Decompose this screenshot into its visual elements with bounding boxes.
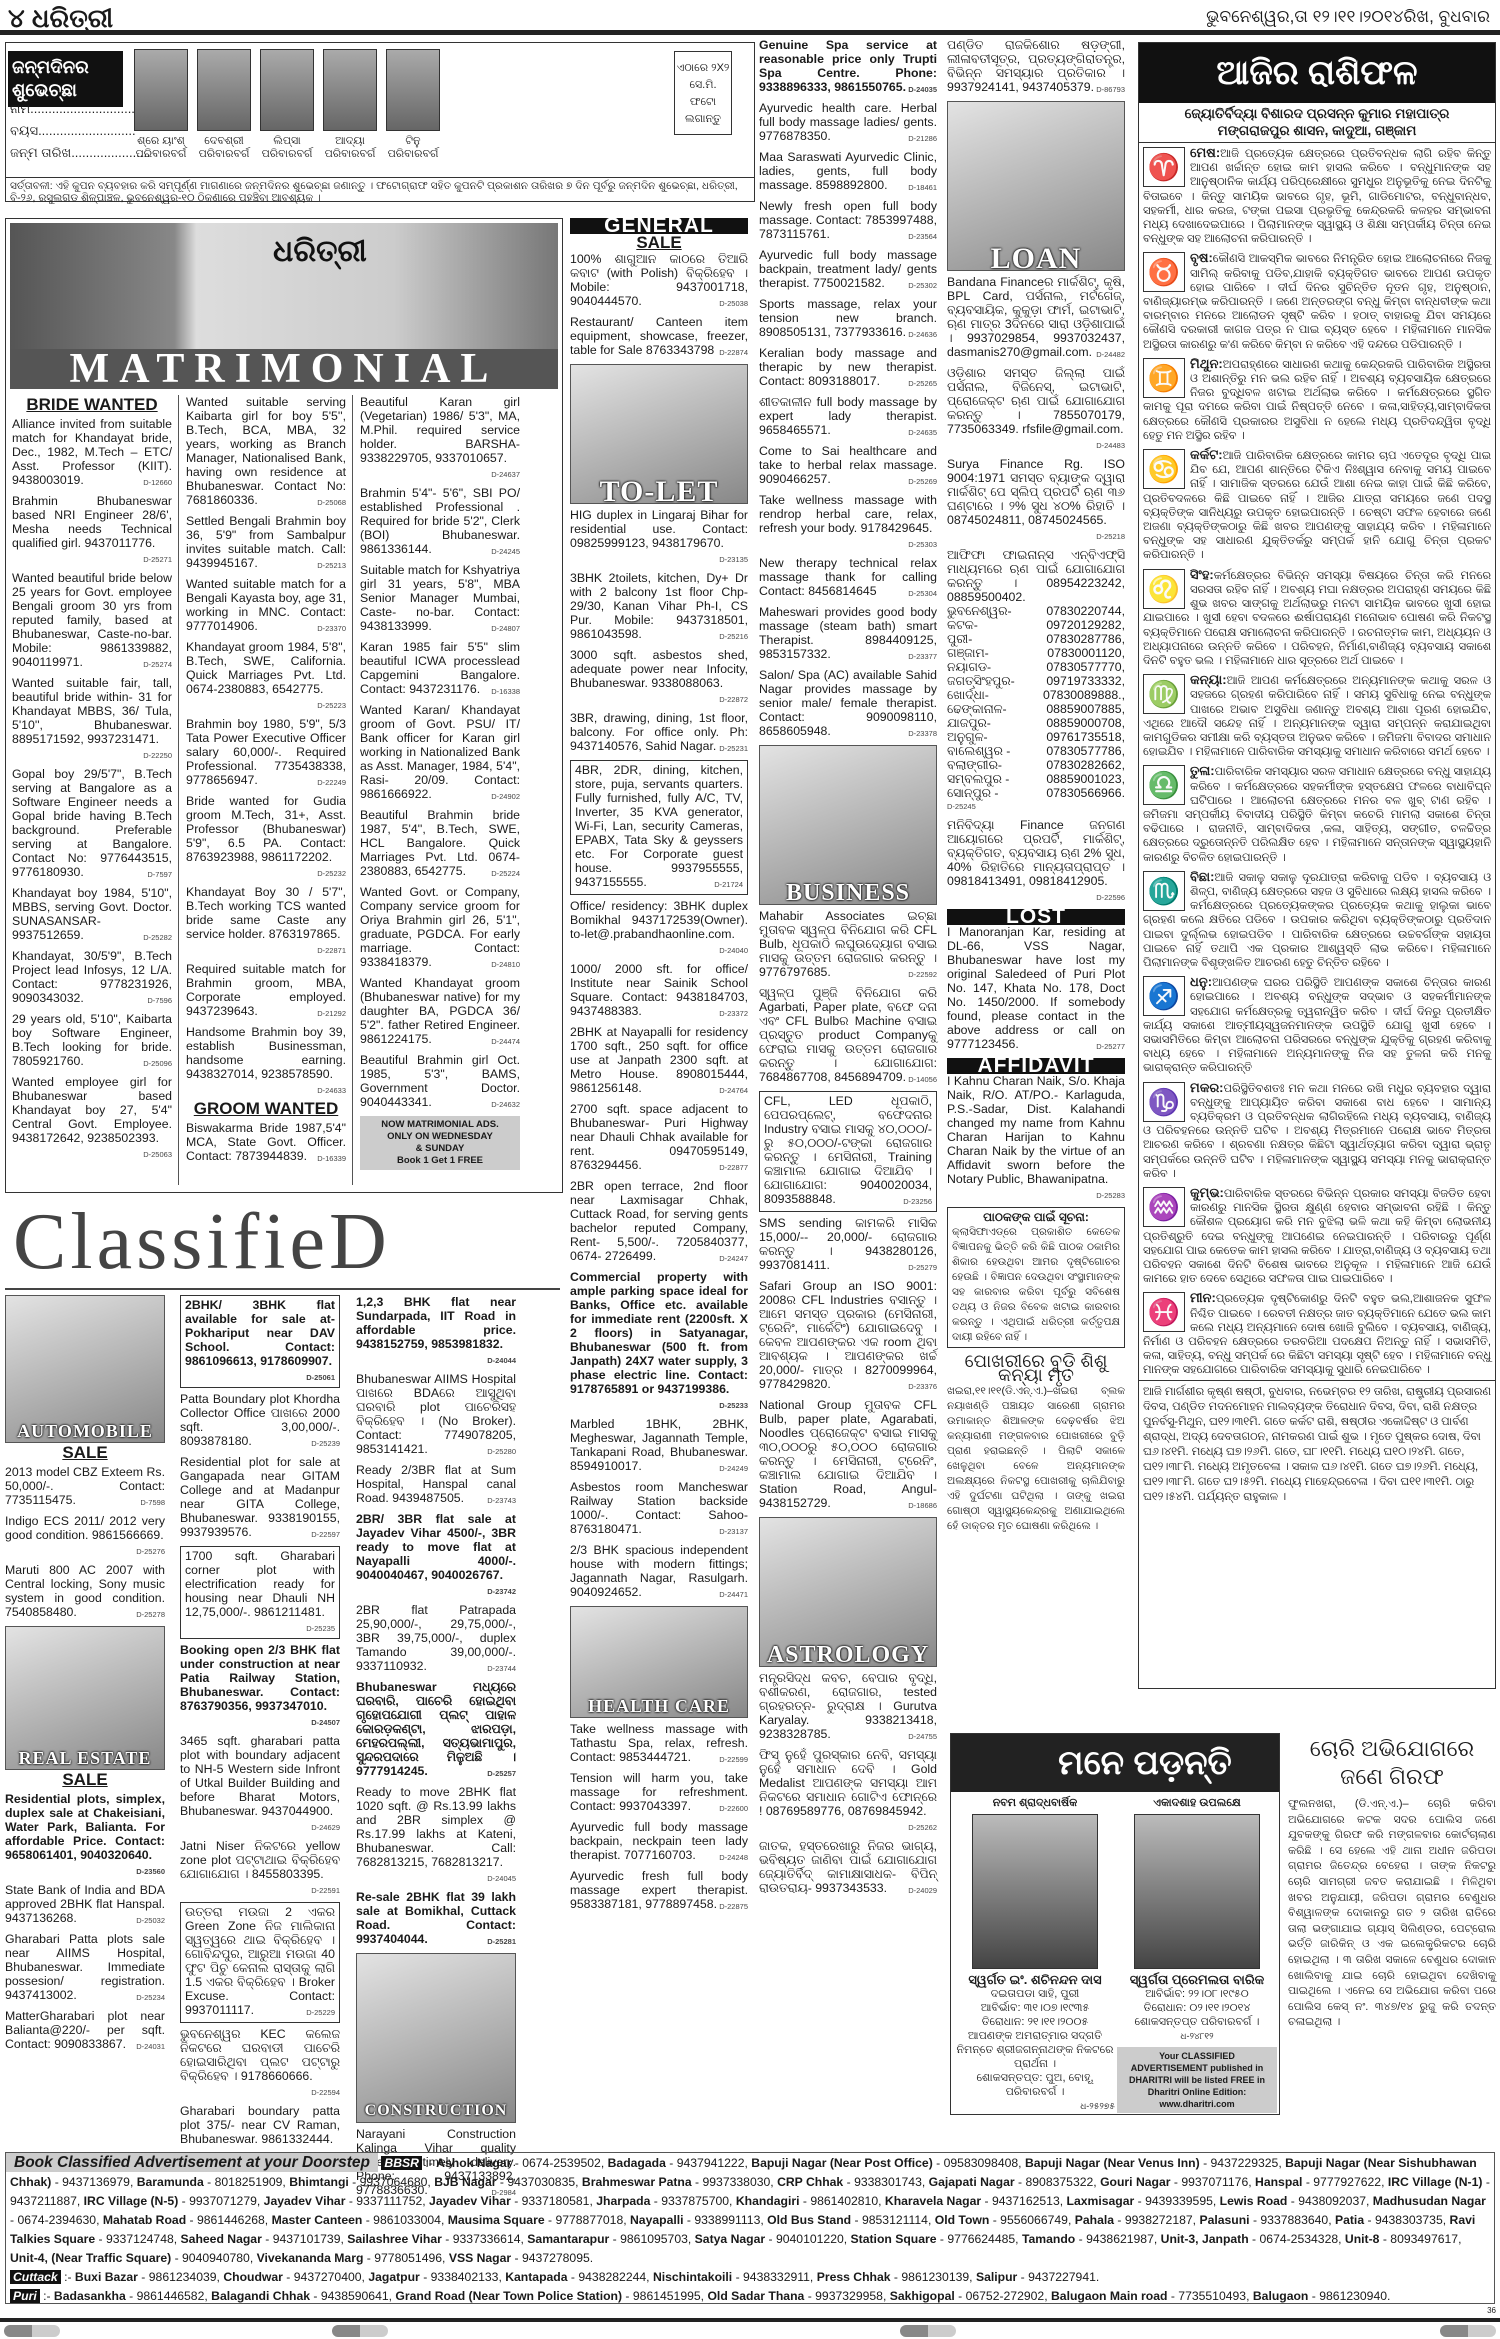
automobile-realestate-column: AUTOMOBILE SALE 2013 model CBZ Exteem Rs… <box>5 1295 165 2058</box>
dharitri-logo: ଧରିତ୍ରୀ <box>273 233 367 271</box>
zodiac-icon: ♓ <box>1143 1292 1185 1332</box>
automobile-sale-heading: SALE <box>5 1446 165 1460</box>
classified-ad: 3000 sqft. asbestos shed, adequate power… <box>570 648 748 707</box>
classified-ad: National Group ମୁତାବକ CFL Bulb, paper pl… <box>759 1398 937 1513</box>
zodiac-entry: ♊ମିଥୁନ:ଅପରାହ୍ଣରେ ସାଧାରଣ କଥାକୁ କେନ୍ଦ୍ରକରି… <box>1139 354 1495 445</box>
loan-banner-image: LOAN <box>947 101 1125 271</box>
booking-entry: Old Bus Stand - 9853121114, <box>767 2213 935 2227</box>
ad-code: D-25235 <box>306 1622 335 1636</box>
district-contact: ବଲାଙ୍ଗୀର-07830282662, <box>947 758 1125 772</box>
ad-code: D-25281 <box>487 1935 516 1949</box>
classified-ad: ମନ୍ତ୍ରସିଦ୍ଧ କବଚ, ବେପାର ବୃଦ୍ଧି, ବଶୀକରଣ, ର… <box>759 1671 937 1744</box>
ad-code: D-22877 <box>719 1161 748 1175</box>
classified-ad: Indigo ECS 2011/ 2012 very good conditio… <box>5 1514 165 1559</box>
classified-ad: Newly fresh open full body massage. Cont… <box>759 199 937 244</box>
general-tolet-column: GENERAL SALE 100% ଶାଗୁଆନ କାଠରେ ତିଆରି କବା… <box>570 218 748 1918</box>
registration-mark <box>332 2325 388 2337</box>
matrimonial-col-1: BRIDE WANTED Alliance invited from suita… <box>12 395 172 1166</box>
classified-ad: Ayurvedic full body massage backpain, ne… <box>570 1820 748 1865</box>
ad-code: D-24764 <box>719 1084 748 1098</box>
construction-banner-image: CONSTRUCTION <box>356 1953 516 2123</box>
health-care-banner-image: HEALTH CARE <box>570 1606 748 1718</box>
matrimonial-notice: NOW MATRIMONIAL ADS.ONLY ON WEDNESDAY& S… <box>360 1116 520 1170</box>
matrimonial-section: ଧରିତ୍ରୀ MATRIMONIAL BRIDE WANTED Allianc… <box>5 218 563 1193</box>
ad-code: D-24482 <box>1096 348 1125 362</box>
ad-code: D-7597 <box>147 868 172 882</box>
sale-subheading: SALE <box>570 236 748 250</box>
ad-code: D-24755 <box>908 1730 937 1744</box>
classified-ad: ଫିସ୍ ନୁହେଁ ପୁରସ୍କାର ନେବି, ସମସ୍ୟା ନୁହେଁ ସ… <box>759 1748 937 1835</box>
ad-code: D-23560 <box>136 1865 165 1879</box>
ad-code: D-23256 <box>903 1195 932 1209</box>
booking-entry: Station Square - 9776624485, <box>851 2232 1022 2246</box>
real-estate-banner-image: REAL ESTATE <box>5 1626 165 1770</box>
district-contact: ସମ୍ବଲପୁର -08859001023, <box>947 772 1125 786</box>
booking-entry: Gouri Nagar - 9937071176, <box>1100 2175 1255 2189</box>
classified-ad: Bandana Financeର ମାର୍କଶିଟ୍, କୃଷି, BPL Ca… <box>947 275 1125 362</box>
ad-code: D-25304 <box>908 587 937 601</box>
ad-code: D-24637 <box>491 468 520 482</box>
district-contact: ଭୁବନେଶ୍ୱର-07830220744, <box>947 604 1125 618</box>
region-tag: Puri <box>10 2289 40 2303</box>
booking-entry: Mausima Square - 9778877018, <box>448 2213 630 2227</box>
booking-entry: Jayadev Vihar - 9337180581, <box>429 2194 596 2208</box>
ad-code: D-24247 <box>719 1252 748 1266</box>
bride-wanted-heading: BRIDE WANTED <box>12 398 172 412</box>
online-edition-notice: Your CLASSIFIED ADVERTISEMENT published … <box>1117 2047 1277 2113</box>
ad-code: D-22250 <box>143 749 172 763</box>
ad-code: D-24632 <box>491 1098 520 1112</box>
zodiac-icon: ♏ <box>1143 871 1185 911</box>
ad-code: D-25274 <box>143 658 172 672</box>
ad-code: D-24471 <box>719 1588 748 1602</box>
classified-ad: Asbestos room Mancheswar Railway Station… <box>570 1480 748 1539</box>
classified-ad: Maheswari provides good body massage (st… <box>759 605 937 664</box>
booking-entry: Satya Nagar - 9040101220, <box>695 2232 851 2246</box>
booking-entry: Mahatab Road - 9861446268, <box>103 2213 272 2227</box>
ad-code: D-25218 <box>1096 530 1125 544</box>
classified-ad: Bhubaneswar AIIMS Hospital ପାଖରେ BDAରେ ଆ… <box>356 1372 516 1459</box>
booking-entry: Hanspal - 9777927622, <box>1255 2175 1388 2189</box>
classified-ad: 3BHK 2toilets, kitchen, Dy+ Dr with 2 ba… <box>570 571 748 644</box>
ad-code: D-24629 <box>311 1821 340 1835</box>
ad-code: D-25269 <box>908 475 937 489</box>
zodiac-entry: ♐ଧନୁ:ଆପଣଙ୍କ ଘରର ପରିସ୍ଥିତି ଆପଣଙ୍କ ସକାଶେ ଚ… <box>1139 972 1495 1077</box>
ad-code: D-25096 <box>143 1057 172 1071</box>
booking-entry: Saheed Nagar - 9437101739, <box>181 2232 348 2246</box>
matrimonial-col-3: Beautiful Karan girl (Vegetarian) 1986/ … <box>360 395 520 1170</box>
ad-code: D-22591 <box>311 1884 340 1898</box>
classified-ad: Surya Finance Rg. ISO 9004:1971 ସମସ୍ତ ବ୍… <box>947 457 1125 544</box>
ad-code: D-25279 <box>908 1261 937 1275</box>
booking-entry: Vivekananda Marg - 9778051496, <box>257 2251 449 2265</box>
booking-entry: Master Canteen - 9861033004, <box>272 2213 448 2227</box>
classified-ad: 2BHK at Nayapalli for residency 1700 sqf… <box>570 1025 748 1098</box>
classified-ad: Khandayat, 30/5'9", B.Tech Project lead … <box>12 949 172 1008</box>
sheet-number: 36 <box>1487 2306 1496 2316</box>
ad-code: D-24248 <box>719 1851 748 1865</box>
ad-code: D-22249 <box>317 776 346 790</box>
astrologer-credit: ଜ୍ୟୋତିର୍ବିଦ୍ୟା ବିଶାରଦ ପ୍ରସନ୍ନ କୁମାର ମହାପ… <box>1139 103 1495 143</box>
classified-ad: Take wellness massage with rendrop herba… <box>759 493 937 552</box>
classified-ad: 1000/ 2000 sft. for office/ Institute ne… <box>570 962 748 1021</box>
affidavit-heading: AFFIDAVIT <box>947 1058 1125 1074</box>
classified-ad: 1700 sqft. Gharabari corner plot with el… <box>180 1546 340 1639</box>
classified-ad: ସ୍ୱଳ୍ପ ପୁଞ୍ଜି ବିନିଯୋଗ କରି Agarbati, Pape… <box>759 986 937 1087</box>
booking-entry: Nayapalli - 9338991113, <box>630 2213 767 2227</box>
registration-mark <box>1440 2325 1496 2337</box>
ad-code: D-24507 <box>311 1716 340 1730</box>
classified-ad: Ayurvedic fresh full body massage expert… <box>570 1869 748 1914</box>
classified-ad: 2013 model CBZ Exteem Rs. 50,000/-. Cont… <box>5 1465 165 1510</box>
ad-code: D-22874 <box>719 346 748 360</box>
ad-code: D-24474 <box>491 1035 520 1049</box>
ad-code: D-23378 <box>908 727 937 741</box>
ad-code: D-23742 <box>487 1585 516 1599</box>
booking-entry: Badasankha - 9861446582, <box>54 2289 211 2303</box>
ad-code: D-12660 <box>143 476 172 490</box>
ad-code: D-18461 <box>908 181 937 195</box>
classified-ad: Jatni Niser ନିକଟରେ yellow zone plot ପଟ୍ଟ… <box>180 1839 340 1898</box>
zodiac-icon: ♍ <box>1143 674 1185 714</box>
district-contact: ଅନୁଗୁଳ-09761735518, <box>947 730 1125 744</box>
classified-ad: CFL, LED ଧୂପକାଠି, ପେପରପ୍ଲେଟ୍, ବଫେଦନାର In… <box>759 1091 937 1212</box>
booking-entry: Sailashree Vihar - 9337336614, <box>347 2232 527 2246</box>
ad-code: D-22592 <box>908 968 937 982</box>
zodiac-entry: ♑ମକର:ପରିସ୍ଥିତିବଶତଃ ମନ କଥା ମନରେ ରଖି ମଧୁର … <box>1139 1078 1495 1183</box>
zodiac-entry: ♎ତୁଳା:ପାରିବାରିକ ସମସ୍ୟାର ସରଳ ସମାଧାନ କ୍ଷେତ… <box>1139 761 1495 866</box>
obituary-right: ଏକାଦଶାହ ଉପଲକ୍ଷେ ସ୍ୱର୍ଗତା ପ୍ରେମଲତା ବାରିକ … <box>1117 1796 1277 2113</box>
reader-notice: ପାଠକଙ୍କ ପାଇଁ ସୂଚନା: କ୍ଲାସିଫାଏଡ୍‌ରେ ପ୍ରକା… <box>947 1207 1125 1348</box>
booking-entry: Kantapada - 9438282244, <box>505 2270 653 2284</box>
region-tag: Cuttack <box>10 2270 61 2284</box>
ad-code: D-24483 <box>1096 439 1125 453</box>
classified-ad: 2BHK/ 3BHK flat available for sale at-Po… <box>180 1295 340 1388</box>
ad-code: D-25262 <box>908 1821 937 1835</box>
ad-code: D-25257 <box>487 1767 516 1781</box>
zodiac-entry: ♉ବୃଷ:କୌଣସି ଆକସ୍ମିକ ଭାବରେ ନିମନ୍ତ୍ରିତ ହୋଇ … <box>1139 248 1495 353</box>
ad-code: D-24045 <box>487 1872 516 1886</box>
ad-code: D-24031 <box>136 2040 165 2054</box>
ad-code: D-25232 <box>317 867 346 881</box>
classified-ad: Mahabir Associates ଇଚ୍ଛା ମୁତାବକ ସ୍ୱଳ୍ପ ବ… <box>759 909 937 982</box>
classified-ad: Handsome Brahmin boy 39, establish Busin… <box>186 1025 346 1098</box>
district-contact: ସୋନ୍‌ପୁର -07830566966. <box>947 786 1125 800</box>
booking-entry: Salipur - 9437227941. <box>976 2270 1099 2284</box>
classified-ad: Ready 2/3BR flat at Sum Hospital, Hanspa… <box>356 1463 516 1508</box>
district-contact: ଢେଙ୍କାନାଳ-08859007885, <box>947 702 1125 716</box>
district-contact: ନୟାଗଡ-07830577770, <box>947 660 1125 674</box>
obituary-left: ନବମ ଶ୍ରାଦ୍ଧବାର୍ଷିକ ସ୍ୱର୍ଗତ ଇଂ. ଶଚିନନ୍ଦନ … <box>955 1796 1115 2113</box>
ad-code: D-22594 <box>311 2086 340 2100</box>
ad-code: D-24044 <box>487 1354 516 1368</box>
birthday-coupon: ଜନ୍ମଦିନର ଶୁଭେଚ୍ଛା ନାମ...................… <box>5 42 755 202</box>
classified-ad: Maruti 800 AC 2007 with Central locking,… <box>5 1563 165 1622</box>
classified-ad: Re-sale 2BHK flat 39 lakh sale at Bomikh… <box>356 1890 516 1949</box>
birthday-terms: ସର୍ତ୍ତାବଳୀ: ଏହି କୁପନ ବ୍ୟବହାର କରି ସମ୍ପୂର୍… <box>6 177 754 206</box>
ad-code: D-22871 <box>317 944 346 958</box>
theft-headline: ଚୋରି ଅଭିଯୋଗରେ ଜଣେ ଗିରଫ <box>1288 1735 1496 1791</box>
classified-ad: ମନିବିଦ୍ୟା Finance ଜନଗଣ ଆୟୋଗରେ ପ୍ରପର୍ଟି, … <box>947 818 1125 905</box>
zodiac-icon: ♊ <box>1143 358 1185 398</box>
spa-business-column: Genuine Spa service at reasonable price … <box>759 38 937 1902</box>
classified-ad: Salon/ Spa (AC) available Sahid Nagar pr… <box>759 668 937 741</box>
ad-code: D-23564 <box>908 230 937 244</box>
ad-code: D-24807 <box>491 622 520 636</box>
ad-code: D-23377 <box>908 650 937 664</box>
header-rule <box>0 30 1500 35</box>
ad-code: D-23744 <box>487 1662 516 1676</box>
classified-ad: Marbled 1BHK, 2BHK, Megheswar, Jagannath… <box>570 1417 748 1476</box>
classified-ad: Beautiful Brahmin girl Oct. 1985, 5'3", … <box>360 1053 520 1112</box>
classified-ad: Restaurant/ Canteen item equipment, show… <box>570 315 748 360</box>
booking-entry: Old Sadar Thana - 9937329958, <box>707 2289 889 2303</box>
classified-ad: Residential plot for sale at Gangapada n… <box>180 1455 340 1542</box>
ad-code: D-25303 <box>908 538 937 552</box>
booking-entry: Balugaon Main road - 7735510493, <box>1051 2289 1253 2303</box>
classified-ad: Required suitable match for Brahmin groo… <box>186 962 346 1021</box>
ad-code: D-25282 <box>143 931 172 945</box>
classified-ad: Tension will harm you, take massage for … <box>570 1771 748 1816</box>
booking-entry: Bapuji Nagar (Near Venus Inn) - 94372293… <box>1025 2156 1285 2170</box>
classified-ad: ଶୀତକାଳୀନ full body massage by expert lad… <box>759 395 937 440</box>
zodiac-entry: ♍କନ୍ୟା:ଆଜି ଆପଣ କର୍ମକ୍ଷେତ୍ରରେ ଅନ୍ୟମାନଙ୍କ … <box>1139 670 1495 761</box>
classified-ad: ଜାତକ, ହସ୍ତରେଖାରୁ ନିଜର ଭାଗ୍ୟ, ଭବିଷ୍ୟତ ଜାଣ… <box>759 1839 937 1898</box>
zodiac-entry: ♏ବିଛା:ଆଜି ସକାଳୁ ସକାଳୁ ଦୂରଯାତ୍ରା କରିବାକୁ … <box>1139 867 1495 972</box>
booking-entry: Buxi Bazar - 9861234039, <box>75 2270 223 2284</box>
booking-entry: Badagada - 9437941222, <box>608 2156 752 2170</box>
booking-entry: Patia - 9438303735, <box>1335 2213 1450 2227</box>
classified-ad: 3BR, drawing, dining, 1st floor, balcony… <box>570 711 748 756</box>
classified-ad: Biswakarma Bride 1987,5'4" MCA, State Go… <box>186 1121 346 1166</box>
district-contact: ଖୋର୍ଦ୍ଧା-07830089888., <box>947 688 1125 702</box>
ad-code: D-21286 <box>908 132 937 146</box>
ad-code: D-24633 <box>317 1084 346 1098</box>
theft-news: ଚୋରି ଅଭିଯୋଗରେ ଜଣେ ଗିରଫ ଫୁଲନଖରା, (ଡି.ଏନ୍.… <box>1288 1735 1496 2031</box>
classified-ad: SMS sending କାମକରି ମାସିକ 15,000/-- 20,00… <box>759 1216 937 1275</box>
zodiac-icon: ♎ <box>1143 765 1185 805</box>
booking-entry: Laxmisagar - 9439339595, <box>1067 2194 1220 2208</box>
real-estate-sale-heading: SALE <box>5 1773 165 1787</box>
zodiac-entry: ♋କର୍କଟ:ଆଜି ପାରିବାରିକ କ୍ଷେତ୍ରରେ କାମର ଚାପ … <box>1139 445 1495 565</box>
ad-code: D-23372 <box>719 1007 748 1021</box>
horoscope-section: ଆଜିର ରାଶିଫଳ ଜ୍ୟୋତିର୍ବିଦ୍ୟା ବିଶାରଦ ପ୍ରସନ୍… <box>1138 42 1496 1689</box>
classified-ad: Settled Bengali Brahmin boy 36, 5'9" fro… <box>186 514 346 573</box>
ad-code: D-14056 <box>908 1073 937 1087</box>
ad-code: D-25224 <box>491 867 520 881</box>
booking-entry: Bhimtangi - 9937064680, <box>289 2175 434 2189</box>
astrology-banner-image: ASTROLOGY <box>759 1517 937 1667</box>
ad-code: D-25038 <box>719 297 748 311</box>
obituary-section: ମନେ ପଡ଼ନ୍ତି ନବମ ଶ୍ରାଦ୍ଧବାର୍ଷିକ ସ୍ୱର୍ଗତ ଇ… <box>950 1733 1280 2115</box>
classified-ad: Keralian body massage and therapic by ne… <box>759 346 937 391</box>
matrimonial-col-2: Wanted suitable serving Kaibarta girl fo… <box>186 395 346 1170</box>
booking-entry: Ashok Nagar - 0674-2539502, <box>436 2156 607 2170</box>
booking-entry: Brahmeswar Patna - 9937338030, <box>582 2175 777 2189</box>
classified-ad: Khandayat Boy 30 / 5'7", B.Tech working … <box>186 885 346 958</box>
booking-entry: CRP Chhak - 9338301743, <box>777 2175 929 2189</box>
ad-code: D-22599 <box>719 1753 748 1767</box>
ad-code: D-24035 <box>908 83 937 97</box>
zodiac-icon: ♋ <box>1143 449 1185 489</box>
ad-code: D-25061 <box>306 1371 335 1385</box>
classified-ad: 29 years old, 5'10", Kaibarta boy Softwa… <box>12 1012 172 1071</box>
classified-ad: Wanted Khandayat groom (Bhubaneswar nati… <box>360 976 520 1049</box>
classified-ad: 3465 sqft. gharabari patta plot with bou… <box>180 1734 340 1835</box>
booking-entry: Kharavela Nagar - 9437162513, <box>885 2194 1067 2208</box>
classified-ad: 2BR open terrace, 2nd floor near Laxmisa… <box>570 1179 748 1266</box>
classified-ad: Wanted suitable serving Kaibarta girl fo… <box>186 395 346 510</box>
matrimonial-banner-text: MATRIMONIAL <box>10 349 558 389</box>
classified-ad: Maa Saraswati Ayurvedic Clinic, ladies, … <box>759 150 937 195</box>
booking-entry: Unit-3, Janpath - 0674-2534328, <box>1161 2232 1345 2246</box>
child-photo <box>386 49 440 131</box>
horoscope-title: ଆଜିର ରାଶିଫଳ <box>1139 43 1495 103</box>
column-divider <box>178 395 179 1185</box>
booking-entry: VSS Nagar - 9437278095. <box>449 2251 593 2265</box>
booking-entry: Palasuni - 9337883640, <box>1199 2213 1335 2227</box>
classified-ad: Khandayat boy 1984, 5'10", MBBS, serving… <box>12 886 172 945</box>
classified-ad: 2700 sqft. space adjacent to Bhubaneswar… <box>570 1102 748 1175</box>
classified-ad: 1,2,3 BHK flat near Sundarpada, IIT Road… <box>356 1295 516 1368</box>
classified-ad: Bhubaneswar ମଧ୍ୟରେ ଘରବାରି, ପାଚେରି ହୋଇଥିବ… <box>356 1680 516 1781</box>
classified-ad: 4BR, 2DR, dining, kitchen, store, puja, … <box>570 760 748 895</box>
booking-entry: Bapuji Nagar (Near Post Office) - 095830… <box>751 2156 1025 2170</box>
classified-ad: Suitable match for Kshyatriya girl 31 ye… <box>360 563 520 636</box>
zodiac-entry: ♈ମେଷ:ଆଜି ପ୍ରତ୍ୟେକ କ୍ଷେତ୍ରରେ ପ୍ରତିବନ୍ଧକ ଲ… <box>1139 143 1495 248</box>
classified-ad: Take wellness massage with Tathastu Spa,… <box>570 1722 748 1767</box>
zodiac-icon: ♒ <box>1143 1187 1185 1227</box>
registration-mark <box>4 2325 60 2337</box>
ad-code: D-25278 <box>136 1608 165 1622</box>
loan-column: ପଣ୍ଡିତ ରାଜକିଶୋର ଷଡ଼ଙ୍ଗୀ, ଲୀଳାବତୀସୂତ୍ର, ପ… <box>947 38 1125 1534</box>
classified-banner: ClassifieD <box>5 1195 560 1290</box>
ad-code: D-25265 <box>908 377 937 391</box>
booking-entry: Choudwar - 9437270400, <box>223 2270 368 2284</box>
ad-code: D-24636 <box>908 328 937 342</box>
ad-code: D-25271 <box>143 553 172 567</box>
name-field: ନାମ............................. <box>10 98 151 120</box>
classified-ad: MatterGharabari plot near Balianta@220/-… <box>5 2009 165 2054</box>
drowning-body: ଖଇରା,୧୧।୧୧(ଡି.ଏନ୍.ଏ.)–ଖଇରା ବ୍ଲକ ନୟାଖଣ୍ଡି… <box>947 1384 1125 1534</box>
booking-entry: Grand Road (Near Town Police Station) - … <box>395 2289 707 2303</box>
ad-code: D-25239 <box>311 1437 340 1451</box>
ad-code: D-25063 <box>143 1148 172 1162</box>
child-photo <box>323 49 377 131</box>
classified-ad: Ayurvedic health care. Herbal full body … <box>759 101 937 146</box>
classified-ad: New therapy technical relax massage than… <box>759 556 937 601</box>
classified-ad: Booking open 2/3 BHK flat under construc… <box>180 1643 340 1730</box>
classified-ad: Alliance invited from suitable match for… <box>12 417 172 490</box>
zodiac-icon: ♉ <box>1143 252 1185 292</box>
classified-ad: Commercial property with ample parking s… <box>570 1270 748 1413</box>
booking-entry: Jharpada - 9337875700, <box>596 2194 736 2208</box>
classified-ad: Ready to move 2BHK flat 1020 sqft. @ Rs.… <box>356 1785 516 1886</box>
booking-entry: Baramunda - 8018251909, <box>137 2175 289 2189</box>
ad-code: D-16338 <box>491 685 520 699</box>
classified-ad: ଉତ୍ତରା ମଉଜା 2 ଏକର Green Zone ନିଜ ମାଲିକାନ… <box>180 1902 340 2023</box>
portrait-photo <box>972 1814 1098 1969</box>
classified-ad: Ayurvedic full body massage backpain, tr… <box>759 248 937 293</box>
ad-code: D-18686 <box>908 1499 937 1513</box>
booking-entry: Lewis Road - 9438092037, <box>1220 2194 1373 2208</box>
classified-ad: ଓଡ଼ିଶାର ସମସ୍ତ ଜିଲ୍ଲା ପାଇଁ ପର୍ସନାଲ, ବିଜିନ… <box>947 366 1125 453</box>
booking-entry: Pahala - 9938272187, <box>1075 2213 1200 2227</box>
district-contact: ବାଲେଶ୍ୱର -07830577786, <box>947 744 1125 758</box>
real-estate-col-2: 2BHK/ 3BHK flat available for sale at-Po… <box>180 1295 340 2167</box>
classified-ad: HIG duplex in Lingaraj Bihar for residen… <box>570 508 748 567</box>
theft-body: ଫୁଲନଖରା, (ଡି.ଏନ୍.ଏ.)– ଚୋରି କରିବା ଅଭିଯୋଗର… <box>1288 1797 1496 2031</box>
zodiac-icon: ♑ <box>1143 1082 1185 1122</box>
ad-code: D-7598 <box>140 1496 165 1510</box>
booking-entry: Samantarapur - 9861095703, <box>527 2232 694 2246</box>
booking-entry: Jagatpur - 9338402133, <box>368 2270 505 2284</box>
classified-ad: Wanted employee girl for Bhubaneswar bas… <box>12 1075 172 1162</box>
ad-code: D-24029 <box>908 1884 937 1898</box>
ad-code: D-25280 <box>487 1445 516 1459</box>
ad-code: D-25213 <box>317 559 346 573</box>
ad-code: D-25223 <box>317 699 346 713</box>
classified-ad: Bride wanted for Gudia groom M.Tech, 31+… <box>186 794 346 881</box>
ad-code: D-22600 <box>719 1802 748 1816</box>
ad-code: D-24040 <box>719 944 748 958</box>
ad-code: D-25276 <box>136 1545 165 1559</box>
ad-code: D-22875 <box>719 1900 748 1914</box>
classified-ad: ପଣ୍ଡିତ ରାଜକିଶୋର ଷଡ଼ଙ୍ଗୀ, ଲୀଳାବତୀସୂତ୍ର, ପ… <box>947 38 1125 97</box>
drowning-headline: ପୋଖରୀରେ ବୁଡ଼ି ଶିଶୁ କନ୍ୟା ମୃତ <box>947 1354 1125 1382</box>
photo-placeholder: ଏଠାରେ ୨X୨ ସେ.ମି. ଫଟୋ ଲଗାନ୍ତୁ <box>674 51 732 135</box>
booking-entry: Balugaon - 9861230940. <box>1253 2289 1391 2303</box>
ad-code: D-23135 <box>719 553 748 567</box>
classified-ad: 2BR/ 3BR flat sale at Jayadev Vihar 4500… <box>356 1512 516 1599</box>
classified-ad: Karan 1985 fair 5'5" slim beautiful ICWA… <box>360 640 520 699</box>
classified-ad: 100% ଶାଗୁଆନ କାଠରେ ତିଆରି କବାଟ (with Polis… <box>570 252 748 311</box>
lost-ad: I Manoranjan Kar, residing at DL-66, VSS… <box>947 925 1125 1054</box>
ad-code: D-24635 <box>908 426 937 440</box>
district-contact: ଗଞ୍ଜାମ-07830001120, <box>947 646 1125 660</box>
dateline: ଭୁବନେଶ୍ୱର,ତା ୧୨।୧୧।୨୦୧୪ରିଖ, ବୁଧବାର <box>1206 6 1490 28</box>
region-tag: BBSR <box>381 2156 422 2170</box>
registration-mark <box>900 2325 956 2337</box>
ad-code: D-16339 <box>317 1152 346 1166</box>
classified-ad: 2BR flat Patrapada 25,90,000/-, 29,75,00… <box>356 1603 516 1676</box>
zodiac-entry: ♌ସିଂହ:କର୍ମକ୍ଷେତ୍ରର ବିଭିନ୍ନ ସମସ୍ୟା ବିଷୟରେ… <box>1139 565 1495 670</box>
district-contact: କଟକ-09720129282, <box>947 618 1125 632</box>
booking-entry: Nischintakoili - 9438332911, <box>653 2270 817 2284</box>
classified-ad: Gopal boy 29/5'7", B.Tech serving at Ban… <box>12 767 172 882</box>
ad-code: D-22872 <box>719 693 748 707</box>
ad-code: D-24249 <box>719 1462 748 1476</box>
classified-ad: Khandayat groom 1984, 5'8", B.Tech, SWE,… <box>186 640 346 713</box>
affidavit-ad: I Kahnu Charan Naik, S/o. Khaja Naik, R/… <box>947 1074 1125 1203</box>
zodiac-icon: ♐ <box>1143 976 1185 1016</box>
panjika-almanac: ଆଜି ମାର୍ଗଶୀର କୃଷ୍ଣ ଷଷ୍ଠୀ, ବୁଧବାର, ନଭେମ୍ବ… <box>1139 1380 1495 1509</box>
classified-ad: Brahmin boy 1980, 5'9", 5/3 Tata Power E… <box>186 717 346 790</box>
column-divider <box>352 395 353 1185</box>
classified-ad: Come to Sai healthcare and take to herba… <box>759 444 937 489</box>
classified-ad: Residential plots, simplex, duplex sale … <box>5 1792 165 1879</box>
ad-code: D-21292 <box>317 1007 346 1021</box>
matrimonial-banner-image: ଧରିତ୍ରୀ <box>10 223 558 349</box>
child-caption: ଟିନୁପରିବାରବର୍ଗ <box>373 135 453 161</box>
classified-ad: Wanted beautiful bride below 25 years fo… <box>12 571 172 672</box>
ad-code: D-25234 <box>136 1991 165 2005</box>
ad-code: D-24810 <box>491 958 520 972</box>
district-loan-ad: ଆଫିଫା ଫାଇନାନ୍ସ ଏନ୍‌ବିଏଫ୍‌ସି ମାଧ୍ୟମରେ ଋଣ … <box>947 548 1125 814</box>
ad-code: D-22596 <box>1096 891 1125 905</box>
classified-ad: Wanted suitable match for a Bengali Kaya… <box>186 577 346 636</box>
ad-code: D-25068 <box>317 496 346 510</box>
